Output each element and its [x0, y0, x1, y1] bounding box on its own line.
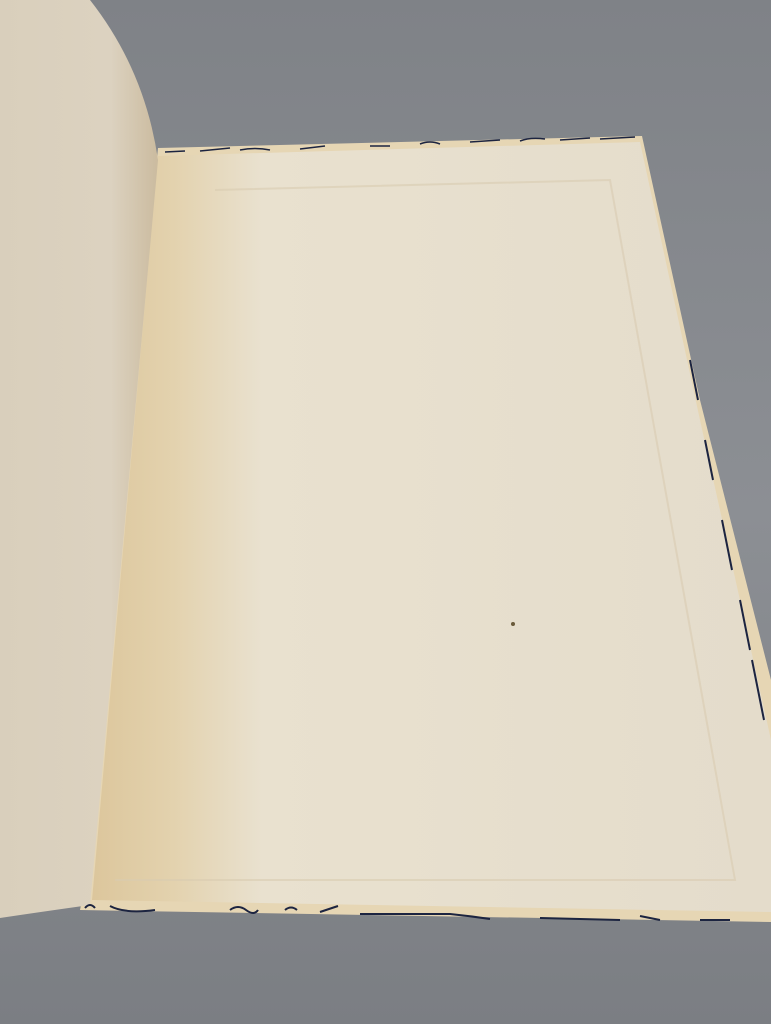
- paper-spot: [511, 622, 515, 626]
- blank-endpaper: [92, 142, 771, 912]
- open-book: [0, 0, 771, 1024]
